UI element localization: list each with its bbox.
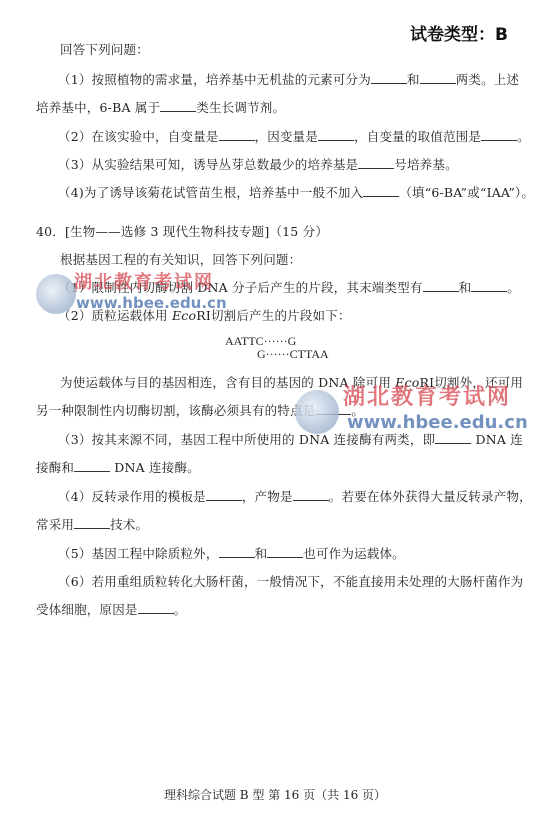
text: 和 (459, 280, 472, 295)
q39-part2: （2）在该实验中，自变量是，因变量是，自变量的取值范围是。 (58, 127, 530, 145)
text: 接酶和 (36, 460, 74, 475)
enzyme-italic: Eco (172, 308, 196, 323)
text: 。 (517, 129, 530, 144)
text: 受体细胞，原因是 (36, 602, 138, 617)
text: DNA 连接酶。 (110, 460, 200, 475)
q40-part4-line2: 常采用技术。 (36, 515, 148, 533)
answer-blank[interactable] (358, 156, 394, 169)
answer-blank[interactable] (318, 128, 354, 141)
q39-part3: （3）从实验结果可知，诱导丛芽总数最少的培养基是号培养基。 (58, 155, 458, 173)
text: 和 (407, 72, 420, 87)
q39-part1-line2: 培养基中，6-BA 属于类生长调节剂。 (36, 98, 285, 116)
answer-blank[interactable] (423, 279, 459, 292)
answer-blank[interactable] (74, 459, 110, 472)
text: ，产物是 (242, 489, 293, 504)
answer-blank[interactable] (315, 402, 351, 415)
answer-blank[interactable] (363, 184, 399, 197)
q40-part6-line2: 受体细胞，原因是。 (36, 600, 186, 618)
answer-blank[interactable] (420, 71, 456, 84)
q40-part3-line1: （3）按其来源不同，基因工程中所使用的 DNA 连接酶有两类，即 DNA 连 (58, 430, 523, 448)
answer-blank[interactable] (206, 488, 242, 501)
answer-blank[interactable] (481, 128, 517, 141)
answer-blank[interactable] (435, 431, 471, 444)
answer-blank[interactable] (371, 71, 407, 84)
q40-part5: （5）基因工程中除质粒外，和也可作为运载体。 (58, 544, 405, 562)
text: 两类。上述 (456, 72, 520, 87)
text: 为使运载体与目的基因相连，含有目的基因的 DNA 除可用 (60, 375, 395, 390)
q40-part3-line2: 接酶和 DNA 连接酶。 (36, 458, 200, 476)
text: （1）按照植物的需求量，培养基中无机盐的元素可分为 (58, 72, 371, 87)
q40-part4-line1: （4）反转录作用的模板是，产物是。若要在体外获得大量反转录产物， (58, 487, 532, 505)
text: （3）按其来源不同，基因工程中所使用的 DNA 连接酶有两类，即 (58, 432, 435, 447)
text: 常采用 (36, 517, 74, 532)
q40-part2: （2）质粒运载体用 EcoRⅠ切割后产生的片段如下： (58, 306, 351, 324)
q39-intro: 回答下列问题： (60, 40, 149, 58)
text: ，因变量是 (255, 129, 319, 144)
text: 。 (351, 403, 364, 418)
q40-part2-line1: 为使运载体与目的基因相连，含有目的基因的 DNA 除可用 EcoRⅠ切割外，还可… (60, 373, 523, 391)
q40-title: 40．[生物——选修 3 现代生物科技专题]（15 分） (36, 222, 328, 240)
text: （5）基因工程中除质粒外， (58, 546, 219, 561)
answer-blank[interactable] (219, 128, 255, 141)
q39-part1-line1: （1）按照植物的需求量，培养基中无机盐的元素可分为和两类。上述 (58, 70, 519, 88)
text: （3）从实验结果可知，诱导丛芽总数最少的培养基是 (58, 157, 358, 172)
text: （2）质粒运载体用 (58, 308, 172, 323)
text: 类生长调节剂。 (196, 100, 285, 115)
text: 也可作为运载体。 (303, 546, 405, 561)
text: 另一种限制性内切酶切割，该酶必须具有的特点是 (36, 403, 315, 418)
text: （填“6-BA”或“IAA”）。 (399, 185, 534, 200)
text: （1）限制性内切酶切割 DNA 分子后产生的片段，其末端类型有 (58, 280, 423, 295)
answer-blank[interactable] (219, 545, 255, 558)
text: （4）反转录作用的模板是 (58, 489, 206, 504)
text: 。 (507, 280, 520, 295)
text: 号培养基。 (394, 157, 458, 172)
answer-blank[interactable] (138, 601, 174, 614)
text: （2）在该实验中，自变量是 (58, 129, 219, 144)
paper-type-label: 试卷类型：B (410, 20, 508, 45)
text: RⅠ切割后产生的片段如下： (196, 308, 350, 323)
dna-strand-bottom: G······CTTAA (257, 347, 329, 362)
q40-intro: 根据基因工程的有关知识，回答下列问题： (60, 250, 301, 268)
text: 。若要在体外获得大量反转录产物， (329, 489, 532, 504)
answer-blank[interactable] (267, 545, 303, 558)
q39-part4: （4)为了诱导该菊花试管苗生根，培养基中一般不加入（填“6-BA”或“IAA”）… (58, 183, 534, 201)
text: 。 (174, 602, 187, 617)
q40-part1: （1）限制性内切酶切割 DNA 分子后产生的片段，其末端类型有和。 (58, 278, 520, 296)
page-footer: 理科综合试题 B 型 第 16 页（共 16 页） (0, 786, 550, 803)
text: RⅠ切割外，还可用 (419, 375, 523, 390)
q40-part6-line1: （6）若用重组质粒转化大肠杆菌，一般情况下，不能直接用未处理的大肠杆菌作为 (58, 572, 523, 590)
enzyme-italic: Eco (395, 375, 419, 390)
text: 培养基中，6-BA 属于 (36, 100, 160, 115)
answer-blank[interactable] (74, 516, 110, 529)
answer-blank[interactable] (471, 279, 507, 292)
q40-part2-line2: 另一种限制性内切酶切割，该酶必须具有的特点是。 (36, 401, 364, 419)
text: 技术。 (110, 517, 148, 532)
text: （4)为了诱导该菊花试管苗生根，培养基中一般不加入 (58, 185, 363, 200)
answer-blank[interactable] (160, 99, 196, 112)
text: ，自变量的取值范围是 (354, 129, 481, 144)
answer-blank[interactable] (293, 488, 329, 501)
text: 和 (255, 546, 268, 561)
text: DNA 连 (471, 432, 523, 447)
